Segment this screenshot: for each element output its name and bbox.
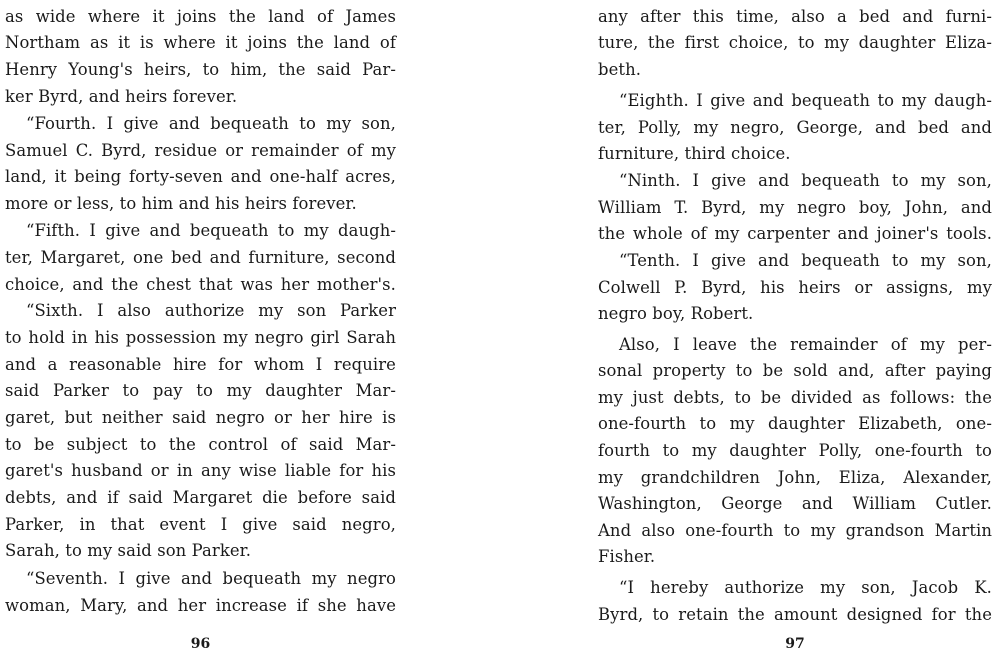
text-line: Also, I leave the remainder of my per-: [598, 332, 992, 358]
text-line: one-fourth to my daughter Elizabeth, one…: [598, 411, 992, 437]
text-line: And also one-fourth to my grandson Marti…: [598, 518, 992, 544]
text-line: “I hereby authorize my son, Jacob K.: [598, 575, 992, 601]
text-line: Byrd, to retain the amount designed for …: [598, 602, 992, 628]
text-line: more or less, to him and his heirs forev…: [5, 191, 396, 217]
text-line: debts, and if said Margaret die before s…: [5, 485, 396, 511]
text-line: furniture, third choice.: [598, 141, 992, 167]
text-line: ter, Margaret, one bed and furniture, se…: [5, 245, 396, 271]
text-line: to be subject to the control of said Mar…: [5, 432, 396, 458]
text-line: to hold in his possession my negro girl …: [5, 325, 396, 351]
text-line: the whole of my carpenter and joiner's t…: [598, 221, 992, 247]
text-line: any after this time, also a bed and furn…: [598, 4, 992, 30]
text-line: “Seventh. I give and bequeath my negro: [5, 566, 396, 592]
text-line: Fisher.: [598, 544, 992, 570]
text-line: “Fourth. I give and bequeath to my son,: [5, 111, 396, 137]
page-number-right: 97: [598, 634, 992, 654]
text-line: Parker, in that event I give said negro,: [5, 512, 396, 538]
text-line: “Fifth. I give and bequeath to my daugh-: [5, 218, 396, 244]
right-page: any after this time, also a bed and furn…: [598, 0, 992, 659]
text-line: beth.: [598, 57, 992, 83]
left-page: as wide where it joins the land of James…: [5, 0, 396, 659]
text-line: Colwell P. Byrd, his heirs or assigns, m…: [598, 275, 992, 301]
text-line: “Eighth. I give and bequeath to my daugh…: [598, 88, 992, 114]
text-line: “Ninth. I give and bequeath to my son,: [598, 168, 992, 194]
text-line: Samuel C. Byrd, residue or remainder of …: [5, 138, 396, 164]
text-line: ker Byrd, and heirs forever.: [5, 84, 396, 110]
text-line: as wide where it joins the land of James: [5, 4, 396, 30]
text-line: ture, the first choice, to my daughter E…: [598, 30, 992, 56]
text-line: my just debts, to be divided as follows:…: [598, 385, 992, 411]
text-line: said Parker to pay to my daughter Mar-: [5, 378, 396, 404]
text-line: Northam as it is where it joins the land…: [5, 30, 396, 56]
text-line: “Sixth. I also authorize my son Parker: [5, 298, 396, 324]
text-line: Henry Young's heirs, to him, the said Pa…: [5, 57, 396, 83]
text-line: William T. Byrd, my negro boy, John, and: [598, 195, 992, 221]
text-line: Washington, George and William Cutler.: [598, 491, 992, 517]
text-line: Sarah, to my said son Parker.: [5, 538, 396, 564]
text-line: my grandchildren John, Eliza, Alexander,: [598, 465, 992, 491]
text-line: garet, but neither said negro or her hir…: [5, 405, 396, 431]
text-line: land, it being forty-seven and one-half …: [5, 164, 396, 190]
text-line: “Tenth. I give and bequeath to my son,: [598, 248, 992, 274]
page-number-left: 96: [5, 634, 396, 654]
text-line: fourth to my daughter Polly, one-fourth …: [598, 438, 992, 464]
text-line: choice, and the chest that was her mothe…: [5, 272, 396, 298]
text-line: sonal property to be sold and, after pay…: [598, 358, 992, 384]
text-line: and a reasonable hire for whom I require: [5, 352, 396, 378]
text-line: woman, Mary, and her increase if she hav…: [5, 593, 396, 619]
text-line: ter, Polly, my negro, George, and bed an…: [598, 115, 992, 141]
text-line: garet's husband or in any wise liable fo…: [5, 458, 396, 484]
text-line: negro boy, Robert.: [598, 301, 992, 327]
